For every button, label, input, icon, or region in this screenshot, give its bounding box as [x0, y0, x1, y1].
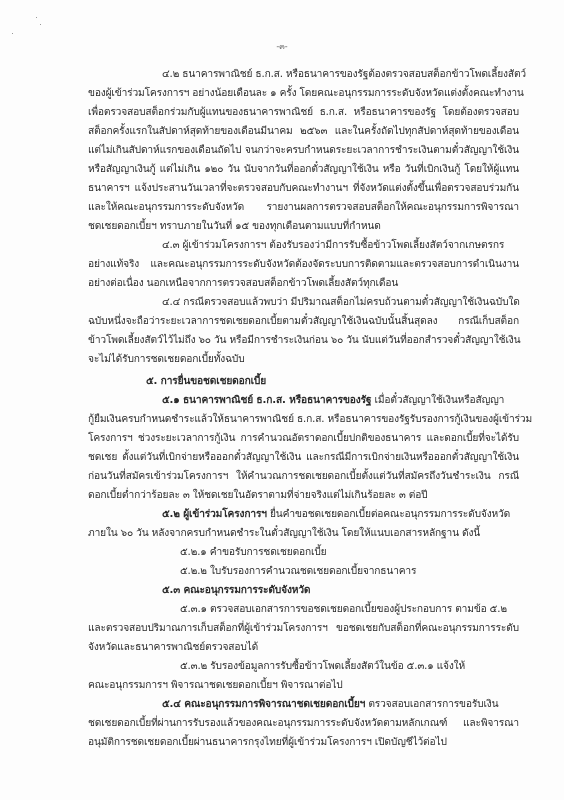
para-5-4-rest: ตรวจสอบเอกสารการขอรับเงิน: [365, 699, 498, 710]
para-5-3-2-line-2: คณะอนุกรรมการฯ พิจารณาชดเชยดอกเบี้ยฯ พิจ…: [88, 679, 343, 693]
scan-speck: [36, 17, 37, 18]
para-5-2-item-1: ๕.๒.๑ คำขอรับการชดเชยดอกเบี้ย: [180, 546, 327, 560]
para-5-4-line-1: ๕.๔ คณะอนุกรรมการพิจารณาชดเชยดอกเบี้ยฯ ต…: [162, 698, 519, 712]
para-5-4-line-3: อนุมัติการชดเชยดอกเบี้ยผ่านธนาคารกรุงไทย…: [88, 736, 447, 750]
para-4-2-line-3: เพื่อตรวจสอบสต็อกร่วมกับผู้แทนของธนาคารพ…: [88, 106, 519, 120]
para-4-2-line-4: สต็อกครั้งแรกในสัปดาห์สุดท้ายของเดือนมีน…: [88, 125, 519, 139]
para-5-4-line-2: ชดเชยดอกเบี้ยที่ผ่านการรับรองแล้วของคณะอ…: [88, 717, 519, 731]
para-5-4-lead: ๕.๔ คณะอนุกรรมการพิจารณาชดเชยดอกเบี้ยฯ: [162, 699, 365, 710]
para-5-3-2-line-1: ๕.๓.๒ รับรองข้อมูลการรับซื้อข้าวโพดเลี้ย…: [180, 660, 519, 674]
page-number: -๓-: [0, 40, 564, 53]
scan-speck: [40, 24, 41, 25]
para-5-3-1-line-3: จังหวัดและธนาคารพาณิชย์ตรวจสอบได้: [88, 641, 258, 655]
para-5-2-item-2: ๕.๒.๒ ใบรับรองการคำนวณชดเชยดอกเบี้ยจากธน…: [180, 565, 416, 579]
para-5-1-rest: เมื่อตั๋วสัญญาใช้เงินหรือสัญญา: [371, 395, 504, 406]
para-5-1-line-6: ดอกเบี้ยต่ำกว่าร้อยละ ๓ ให้ชดเชยในอัตราต…: [88, 489, 427, 503]
para-4-2-line-2: ของผู้เข้าร่วมโครงการฯ อย่างน้อยเดือนละ …: [88, 87, 519, 101]
para-4-2-line-5: แต่ไม่เกินสัปดาห์แรกของเดือนถัดไป จนกว่า…: [88, 144, 519, 158]
scan-speck: [12, 33, 13, 34]
para-4-2-line-6: หรือสัญญาเงินกู้ แต่ไม่เกิน ๑๒๐ วัน นับจ…: [88, 163, 519, 177]
para-5-1-line-3: โครงการฯ ช่วงระยะเวลาการกู้เงิน การคำนวณ…: [88, 432, 519, 446]
para-5-2-line-1: ๕.๒ ผู้เข้าร่วมโครงการฯ ยื่นคำขอชดเชยดอก…: [162, 508, 519, 522]
para-5-1-lead: ๕.๑ ธนาคารพาณิชย์ ธ.ก.ส. หรือธนาคารของรั…: [162, 395, 371, 406]
para-5-3-1-line-1: ๕.๓.๑ ตรวจสอบเอกสารการขอชดเชยดอกเบี้ยของ…: [180, 603, 519, 617]
para-4-4-line-4: จะไม่ได้รับการชดเชยดอกเบี้ยทั้งฉบับ: [88, 353, 245, 367]
para-5-3-1-line-2: และตรวจสอบปริมาณการเก็บสต็อกที่ผู้เข้าร่…: [88, 622, 519, 636]
para-4-3-line-2: อย่างแท้จริง และคณะอนุกรรมการระดับจังหวั…: [88, 258, 519, 272]
para-4-4-line-2: ฉบับหนึ่งจะถือว่าระยะเวลาการชดเชยดอกเบี้…: [88, 315, 519, 329]
para-4-2-line-1: ๔.๒ ธนาคารพาณิชย์ ธ.ก.ส. หรือธนาคารของรั…: [162, 68, 519, 82]
para-5-1-line-5: ก่อนวันที่สมัครเข้าร่วมโครงการฯ ให้คำนวณ…: [88, 470, 519, 484]
para-4-4-line-3: ข้าวโพดเลี้ยงสัตว์ไว้ไม่ถึง ๖๐ วัน หรือม…: [88, 334, 519, 348]
para-5-2-line-2: ภายใน ๖๐ วัน หลังจากครบกำหนดชำระในตั๋วสั…: [88, 527, 480, 541]
para-5-2-lead: ๕.๒ ผู้เข้าร่วมโครงการฯ: [162, 509, 267, 520]
para-5-2-rest: ยื่นคำขอชดเชยดอกเบี้ยต่อคณะอนุกรรมการระด…: [267, 509, 510, 520]
para-5-3-heading: ๕.๓ คณะอนุกรรมการระดับจังหวัด: [162, 584, 310, 598]
para-4-2-line-8: และให้คณะอนุกรรมการระดับจังหวัด รายงานผล…: [88, 201, 519, 215]
para-4-4-line-1: ๔.๔ กรณีตรวจสอบแล้วพบว่า มีปริมาณสต็อกไม…: [162, 296, 519, 310]
para-5-1-line-4: ชดเชย ตั้งแต่วันที่เบิกจ่ายหรือออกตั๋วสั…: [88, 451, 519, 465]
para-4-2-line-7: ธนาคารฯ แจ้งประสานวันเวลาที่จะตรวจสอบกับ…: [88, 182, 519, 196]
para-5-1-line-1: ๕.๑ ธนาคารพาณิชย์ ธ.ก.ส. หรือธนาคารของรั…: [162, 394, 519, 408]
para-5-1-line-2: กู้ยืมเงินครบกำหนดชำระแล้วให้ธนาคารพาณิช…: [88, 413, 519, 427]
section-5-heading: ๕. การยื่นขอชดเชยดอกเบี้ย: [146, 375, 266, 389]
document-page: -๓- ๔.๒ ธนาคารพาณิชย์ ธ.ก.ส. หรือธนาคารข…: [0, 0, 564, 800]
para-4-3-line-1: ๔.๓ ผู้เข้าร่วมโครงการฯ ต้องรับรองว่ามีก…: [162, 239, 519, 253]
para-4-3-line-3: อย่างต่อเนื่อง นอกเหนือจากการตรวจสอบสต็อ…: [88, 277, 398, 291]
para-4-2-line-9: ชดเชยดอกเบี้ยฯ ทราบภายในวันที่ ๑๕ ของทุก…: [88, 220, 381, 234]
